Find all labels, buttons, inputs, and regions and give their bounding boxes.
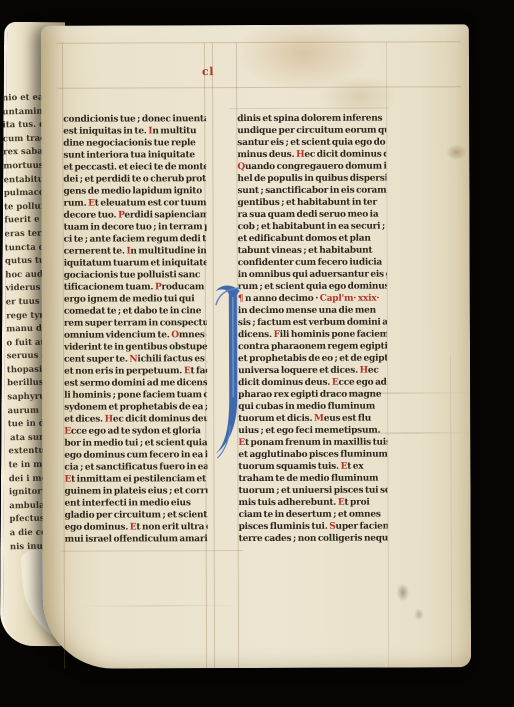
text-line: tuam in decore tuo ; in terram proie xyxy=(64,221,207,233)
ink-text: gens de medio lapidum ignito xyxy=(63,186,202,196)
ink-text: gentibus ; et habitabunt in ter xyxy=(237,198,376,208)
ink-text: t proi xyxy=(344,498,369,508)
text-line: pisces fluminis tui. Super faciem xyxy=(239,521,388,534)
ruling-line-horizontal xyxy=(229,108,389,110)
quire-mark: cl xyxy=(202,65,224,78)
text-line: est iniquitas in te. In multitu xyxy=(63,125,206,137)
ink-text: dei ; et perdidi te o cherub prote xyxy=(63,174,206,185)
text-line: sunt interiora tua iniquitate xyxy=(63,149,206,161)
ink-text: est iniquitas in te. xyxy=(63,126,148,136)
ink-text: uius ; et ego feci memetipsum. xyxy=(238,426,380,436)
text-line: undique per circuitum eorum qui aduer xyxy=(237,125,386,138)
illuminated-initial-i xyxy=(214,281,253,461)
ink-text: minus deus. xyxy=(237,150,296,160)
facing-page-text-fragment: pulmacone xyxy=(4,187,45,201)
text-line: minus deus. Hec dicit dominus deus. xyxy=(237,149,386,162)
text-line: et agglutinabo pisces fluminum xyxy=(238,449,387,462)
text-line: ¶ n anno decimo · Capl'm· xxix· xyxy=(238,293,387,306)
text-line: dicens. Fili hominis pone faciem tua xyxy=(238,329,387,342)
ink-text: sydonem et prophetabis de ea ; xyxy=(64,402,207,413)
text-line: tificacionem tuam. Producam xyxy=(64,281,207,293)
ink-text: tuam in decore tuo ; in terram proie xyxy=(64,222,207,233)
rubricated-text: O xyxy=(171,330,179,340)
ink-text: viderint te in gentibus obstupes xyxy=(64,342,207,353)
ink-text: confidenter cum fecero iudicia xyxy=(238,258,382,269)
ink-text: terre cades ; non colligeris neque xyxy=(239,534,388,545)
ink-text: in decimo mense una die men xyxy=(238,306,376,316)
ink-text: et dices. xyxy=(64,415,104,425)
facing-page-text-fragment: qutus tue xyxy=(5,255,46,269)
ink-text: n anno decimo · xyxy=(243,294,320,304)
text-line: Ecce ego ad te sydon et gloria xyxy=(64,425,207,437)
facing-page-text-fragment: mortuus e xyxy=(3,160,44,174)
ink-text: t inmittam ei pestilenciam et san xyxy=(71,474,207,485)
ink-text: tabunt vineas ; et habitabunt xyxy=(238,246,373,256)
text-line: tuorum squamis tuis. Et ex xyxy=(238,461,387,474)
facing-page-text-fragment: viderus in xyxy=(5,282,46,296)
ink-text: cob ; et habitabunt in ea securi ; xyxy=(238,222,385,233)
facing-page-text-fragment: te polluit xyxy=(4,200,45,214)
text-line: omnium videncium te. Omnes qui xyxy=(64,329,207,341)
ink-text: ego dominus cum fecero in ea iudi xyxy=(64,450,207,461)
text-line: et peccasti. et eieci te de monte xyxy=(63,161,206,173)
text-line: confidenter cum fecero iudicia xyxy=(238,257,387,270)
text-line: ent interfecti in medio eius xyxy=(65,497,208,509)
facing-page-text-fragment: untamino p xyxy=(2,105,43,119)
ink-text: hel de populis in quibus dispersi xyxy=(237,174,386,185)
text-line: dicit dominus deus. Ecce ego ad te xyxy=(238,377,387,390)
text-line: gociacionis tue polluisti sanc xyxy=(64,269,207,281)
text-line: traham te de medio fluminum xyxy=(238,473,387,486)
ruling-line-horizontal xyxy=(61,550,243,552)
ink-text: pharao rex egipti draco magne xyxy=(238,390,381,400)
text-line: et dices. Hec dicit dominus deus. xyxy=(64,413,207,425)
text-line: Et inmittam ei pestilenciam et san xyxy=(64,473,207,485)
ink-text: n multitudine in xyxy=(130,246,206,256)
ink-text: condicionis tue ; donec inuenta xyxy=(63,114,206,125)
ink-text: et agglutinabo pisces fluminum xyxy=(238,450,387,461)
ink-text: uper faciem xyxy=(336,522,388,532)
text-line: rem super terram in conspectu xyxy=(64,317,207,329)
ink-text: ec xyxy=(368,366,379,376)
parchment-crease xyxy=(73,605,243,607)
text-line: contra pharaonem regem egipti ; xyxy=(238,341,387,354)
ink-text: ent interfecti in medio eius xyxy=(65,498,191,508)
text-line: ci te ; ante faciem regum dedi te ut xyxy=(64,233,207,245)
ink-text: cent super te. xyxy=(64,354,129,364)
ink-text: traham te de medio fluminum xyxy=(238,474,378,484)
text-line: decore tuo. Perdidi sapienciam xyxy=(64,209,207,221)
ink-text: est sermo domini ad me dicens. xyxy=(64,378,207,389)
ink-text: dinis et spina dolorem inferens xyxy=(237,114,382,125)
text-line: sydonem et prophetabis de ea ; xyxy=(64,401,207,413)
ink-text: dicit dominus deus. xyxy=(238,378,332,388)
text-line: terre cades ; non colligeris neque xyxy=(239,533,388,546)
facing-page-text-fragment: rex sabant xyxy=(3,146,44,160)
ink-text: sunt interiora tua iniquitate xyxy=(63,150,195,160)
ink-text: qui cubas in medio fluminum xyxy=(238,402,375,412)
rubricated-text: H xyxy=(296,150,304,160)
ink-text: tificacionem tuam. xyxy=(64,282,155,292)
text-line: li hominis ; pone faciem tuam contra xyxy=(64,389,207,401)
ruling-line-horizontal xyxy=(57,86,461,88)
text-line: tuorum et dicis. Meus est flu xyxy=(238,413,387,426)
ink-text: ciam te in desertum ; et omnes xyxy=(239,510,381,520)
rubricated-text: H xyxy=(105,415,113,425)
text-line: guinem in plateis eius ; et corru xyxy=(64,485,207,497)
text-line: est sermo domini ad me dicens. Fi xyxy=(64,377,207,389)
ink-text: ichili factus es ; xyxy=(137,354,207,364)
text-line: universa loquere et dices. Hec xyxy=(238,365,387,378)
text-line: mui israel offendiculum amaritu xyxy=(65,533,208,545)
ink-text: ergo ignem de medio tui qui xyxy=(64,294,195,304)
ink-text: ra sua quam dedi seruo meo ia xyxy=(238,210,379,220)
ink-text: tuorum squamis tuis. xyxy=(238,462,340,472)
text-line: Et ponam frenum in maxillis tuis ; xyxy=(238,437,387,450)
text-line: ego dominus cum fecero in ea iudi xyxy=(64,449,207,461)
facing-page-text-fragment: cum tradid xyxy=(3,132,44,146)
ink-text: tuorum ; et uniuersi pisces tui squa xyxy=(238,485,387,496)
text-line: santur eis ; et scient quia ego do xyxy=(237,137,386,150)
ink-text: guinem in plateis eius ; et corru xyxy=(64,486,207,497)
text-line: bor in medio tui ; et scient quia xyxy=(64,437,207,449)
ink-text: ili hominis pone faciem tua xyxy=(280,329,387,339)
ink-text: et non eris in perpetuum. xyxy=(64,366,184,376)
manuscript-page: cl condicionis tue ; donec inuentaest in… xyxy=(41,24,471,668)
text-line: condicionis tue ; donec inuenta xyxy=(63,113,206,125)
facing-page-text-fragment: rege tyri xyxy=(6,309,47,323)
text-line: viderint te in gentibus obstupes xyxy=(64,341,207,353)
ink-text: gladio per circuitum ; et scient quia xyxy=(65,510,208,521)
manuscript-photo: nio et eamuntamino pita tus. et pcum tra… xyxy=(0,0,514,707)
ink-text: li hominis ; pone faciem tuam contra xyxy=(64,390,207,401)
text-line: cent super te. Nichili factus es ; xyxy=(64,353,207,365)
ink-text: et prophetabis de eo ; et de egipto xyxy=(238,354,387,365)
text-line: sis ; factum est verbum domini ad me xyxy=(238,317,387,330)
text-column-left: condicionis tue ; donec inuentaest iniqu… xyxy=(63,113,208,545)
ink-text: iquitatum tuarum et iniquitate ne xyxy=(64,258,207,269)
ink-text: comedat te ; et dabo te in cine xyxy=(64,306,201,316)
ink-text: rum ; et scient quia ego dominus deus. xyxy=(238,281,387,292)
facing-page-text-fragment: eras territ xyxy=(4,228,45,242)
ink-text: roducam xyxy=(161,282,204,292)
ink-text: in omnibus qui aduersantur eis gy xyxy=(238,270,387,281)
ink-text: ec dicit dominus deus. xyxy=(113,414,207,424)
facing-page-text-fragment: nio et eam xyxy=(2,92,43,106)
ink-text: sis ; factum est verbum domini ad me xyxy=(238,317,387,328)
ink-text: rem super terram in conspectu xyxy=(64,318,207,329)
ink-text: t factus xyxy=(190,366,207,376)
ink-text: pisces fluminis tui. xyxy=(239,522,330,532)
ink-text: ci te ; ante faciem regum dedi te ut xyxy=(64,234,207,245)
text-line: et prophetabis de eo ; et de egipto xyxy=(238,353,387,366)
ink-text: et edificabunt domos et plan xyxy=(238,234,371,244)
ink-text: omnium videncium te. xyxy=(64,330,171,340)
ink-text: mnes qui xyxy=(179,330,207,340)
text-line: ciam te in desertum ; et omnes xyxy=(239,509,388,522)
ink-text: sunt ; sanctificabor in eis coram xyxy=(237,186,386,197)
text-line: tabunt vineas ; et habitabunt xyxy=(238,245,387,258)
facing-page-text-fragment: entabitur xyxy=(3,173,44,187)
ink-text: erdidi sapienciam xyxy=(124,210,206,220)
ink-text: santur eis ; et scient quia ego do xyxy=(237,138,385,149)
ink-text: eus est flu xyxy=(324,414,371,424)
ink-text: cernerent te. xyxy=(64,246,127,256)
facing-page-text-fragment: er tuus in xyxy=(6,296,47,310)
text-line: tuorum ; et uniuersi pisces tui squa xyxy=(238,485,387,498)
text-line: Quando congregauero domum isra xyxy=(237,161,386,174)
text-line: rum ; et scient quia ego dominus deus. xyxy=(238,281,387,294)
text-line: et edificabunt domos et plan xyxy=(238,233,387,246)
ink-text: cia ; et sanctificatus fuero in ea. xyxy=(64,462,207,473)
text-line: ego dominus. Et non erit ultra do xyxy=(65,521,208,533)
text-line: in decimo mense una die men xyxy=(238,305,387,318)
ink-text: et peccasti. et eieci te de monte xyxy=(63,162,206,173)
text-line: iquitatum tuarum et iniquitate ne xyxy=(64,257,207,269)
ink-text: mui israel offendiculum amaritu xyxy=(65,534,208,545)
text-line: dinis et spina dolorem inferens xyxy=(237,113,386,126)
ruling-line-horizontal xyxy=(57,41,461,43)
text-line: in omnibus qui aduersantur eis gy xyxy=(238,269,387,282)
facing-page-text-fragment: hoc audis xyxy=(5,268,46,282)
ink-text: n multitu xyxy=(152,126,196,136)
ink-text: decore tuo. xyxy=(64,210,119,220)
ink-text: contra pharaonem regem egipti ; xyxy=(238,342,387,353)
text-line: gladio per circuitum ; et scient quia xyxy=(65,509,208,521)
text-line: gentibus ; et habitabunt in ter xyxy=(237,197,386,210)
text-line: sunt ; sanctificabor in eis coram xyxy=(237,185,386,198)
ink-text: t ponam frenum in maxillis tuis ; xyxy=(245,438,387,449)
ink-text: undique per circuitum eorum qui aduer xyxy=(237,125,386,136)
text-line: dine negociacionis tue reple xyxy=(63,137,206,149)
ink-text: dine negociacionis tue reple xyxy=(63,138,195,148)
text-line: cia ; et sanctificatus fuero in ea. xyxy=(64,461,207,473)
facing-page-text-fragment: tuncta cu xyxy=(5,241,46,255)
ink-text: t non erit ultra do xyxy=(136,522,207,532)
ink-text: t ex xyxy=(347,462,363,472)
ink-text: gociacionis tue polluisti sanc xyxy=(64,270,200,280)
facing-page-text-fragment: fuerit e tu xyxy=(4,214,45,228)
ink-text: bor in medio tui ; et scient quia xyxy=(64,438,207,448)
ink-text: uando congregauero domum isra xyxy=(245,161,386,172)
facing-page-text-fragment: ita tus. et p xyxy=(3,119,44,133)
rubricated-text: Capl'm· xxix· xyxy=(320,294,379,304)
rubricated-text: Q xyxy=(237,162,245,172)
text-line: ergo ignem de medio tui qui xyxy=(64,293,207,305)
text-line: hel de populis in quibus dispersi xyxy=(237,173,386,186)
text-line: pharao rex egipti draco magne xyxy=(238,389,387,402)
text-column-right: dinis et spina dolorem inferensundique p… xyxy=(237,113,388,546)
text-line: rum. Et eleuatum est cor tuum in xyxy=(63,197,206,209)
ink-text: cce ego ad te sydon et gloria xyxy=(71,426,201,436)
text-line: qui cubas in medio fluminum xyxy=(238,401,387,414)
ink-text: t eleuatum est cor tuum in xyxy=(95,198,207,208)
ink-text: mis tuis adherebunt. xyxy=(239,498,338,508)
text-line: cernerent te. In multitudine in xyxy=(64,245,207,257)
ink-text: ego dominus. xyxy=(65,522,130,532)
text-line: et non eris in perpetuum. Et factus xyxy=(64,365,207,377)
text-line: gens de medio lapidum ignito xyxy=(63,185,206,197)
parchment-crease xyxy=(450,354,452,664)
ink-text: universa loquere et dices. xyxy=(238,366,360,376)
rubricated-text: H xyxy=(360,366,368,376)
ink-text: ec dicit dominus deus. xyxy=(304,149,386,159)
text-line: uius ; et ego feci memetipsum. xyxy=(238,425,387,438)
text-line: ra sua quam dedi seruo meo ia xyxy=(238,209,387,222)
text-line: comedat te ; et dabo te in cine xyxy=(64,305,207,317)
text-line: dei ; et perdidi te o cherub prote xyxy=(63,173,206,185)
text-line: mis tuis adherebunt. Et proi xyxy=(239,497,388,510)
ink-text: cce ego ad te xyxy=(338,378,387,388)
text-line: cob ; et habitabunt in ea securi ; xyxy=(238,221,387,234)
ink-text: rum. xyxy=(63,199,88,209)
